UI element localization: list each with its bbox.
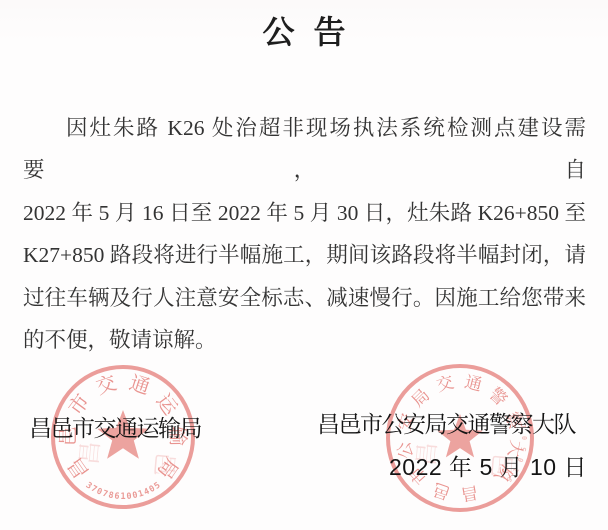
svg-text:通: 通	[463, 372, 484, 394]
svg-text:昌: 昌	[460, 482, 480, 504]
announcement-body: 因灶朱路 K26 处治超非现场执法系统检测点建设需要，自 2022 年 5 月 …	[23, 107, 586, 361]
svg-text:邑: 邑	[149, 451, 178, 477]
body-line: 的不便，敬请谅解。	[23, 319, 586, 361]
svg-text:交: 交	[434, 373, 455, 396]
signature-traffic-police: 昌邑市公安局交通警察大队	[317, 406, 575, 439]
page-title: 公 告	[0, 13, 608, 51]
announcement-page: 公 告 因灶朱路 K26 处治超非现场执法系统检测点建设需要，自 2022 年 …	[0, 0, 608, 530]
body-line: 2022 年 5 月 16 日至 2022 年 5 月 30 日，灶朱路 K26…	[23, 192, 586, 234]
svg-text:昌: 昌	[77, 440, 105, 466]
body-line: 因灶朱路 K26 处治超非现场执法系统检测点建设需要，自	[23, 107, 586, 192]
svg-text:邑: 邑	[431, 479, 453, 503]
announcement-date: 2022 年 5 月 10 日	[389, 449, 587, 482]
svg-text:1: 1	[120, 492, 125, 502]
signature-transport-bureau: 昌邑市交通运输局	[29, 410, 201, 443]
svg-text:交: 交	[93, 371, 119, 399]
svg-text:通: 通	[127, 371, 153, 399]
body-line: K27+850 路段将进行半幅施工，期间该路段将半幅封闭，请	[23, 234, 586, 276]
body-line: 过往车辆及行人注意安全标志、减速慢行。因施工给您带来	[23, 277, 586, 319]
svg-text:6: 6	[114, 491, 120, 501]
